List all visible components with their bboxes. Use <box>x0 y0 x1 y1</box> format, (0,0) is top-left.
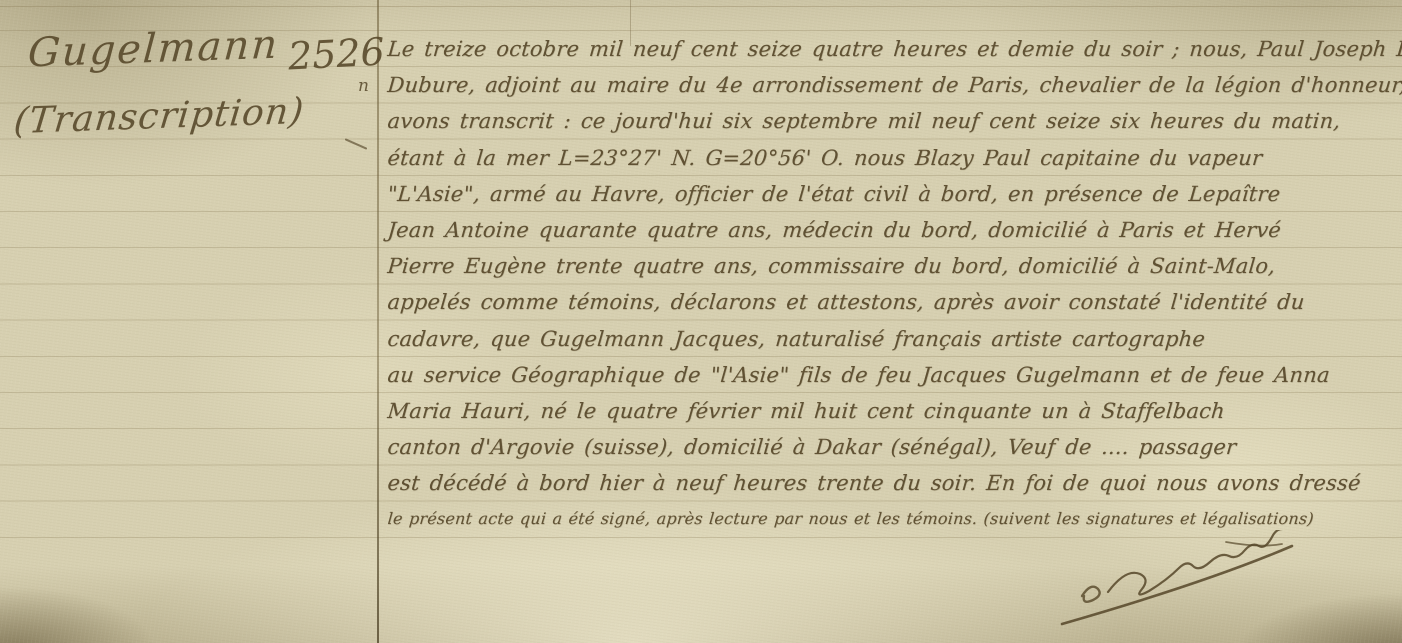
manuscript-line-2: Dubure, adjoint au maire du 4e arrondiss… <box>386 68 1397 104</box>
manuscript-line-11: Maria Hauri, né le quatre février mil hu… <box>386 394 1397 430</box>
manuscript-line-9: cadavre, que Gugelmann Jacques, naturali… <box>386 322 1397 358</box>
manuscript-line-13: est décédé à bord hier à neuf heures tre… <box>386 466 1397 502</box>
manuscript-line-4: étant à la mer L=23°27' N. G=20°56' O. n… <box>386 141 1397 177</box>
margin-surname: Gugelmann <box>26 22 280 77</box>
margin-rule <box>377 0 379 643</box>
manuscript-line-12: canton d'Argovie (suisse), domicilié à D… <box>386 430 1397 466</box>
stray-ink-mark <box>345 138 368 150</box>
manuscript-line-10: au service Géographique de "l'Asie" fils… <box>386 358 1397 394</box>
manuscript-line-8: appelés comme témoins, déclarons et atte… <box>386 285 1397 321</box>
manuscript-line-5: "L'Asie", armé au Havre, officier de l'é… <box>386 177 1397 213</box>
margin-act-number: 2526 <box>287 29 386 78</box>
manuscript-line-1: Le treize octobre mil neuf cent seize qu… <box>386 32 1397 68</box>
margin-transcription-note: (Transcription) <box>12 91 306 142</box>
manuscript-line-7: Pierre Eugène trente quatre ans, commiss… <box>386 249 1397 285</box>
top-ruled-line <box>0 6 1402 7</box>
manuscript-line-3: avons transcrit : ce jourd'hui six septe… <box>386 104 1397 140</box>
scanned-document-page: Gugelmann 2526 n (Transcription) Le trei… <box>0 0 1402 643</box>
signature-flourish <box>1048 530 1328 639</box>
margin-act-number-sub: n <box>358 76 369 96</box>
manuscript-line-6: Jean Antoine quarante quatre ans, médeci… <box>386 213 1397 249</box>
